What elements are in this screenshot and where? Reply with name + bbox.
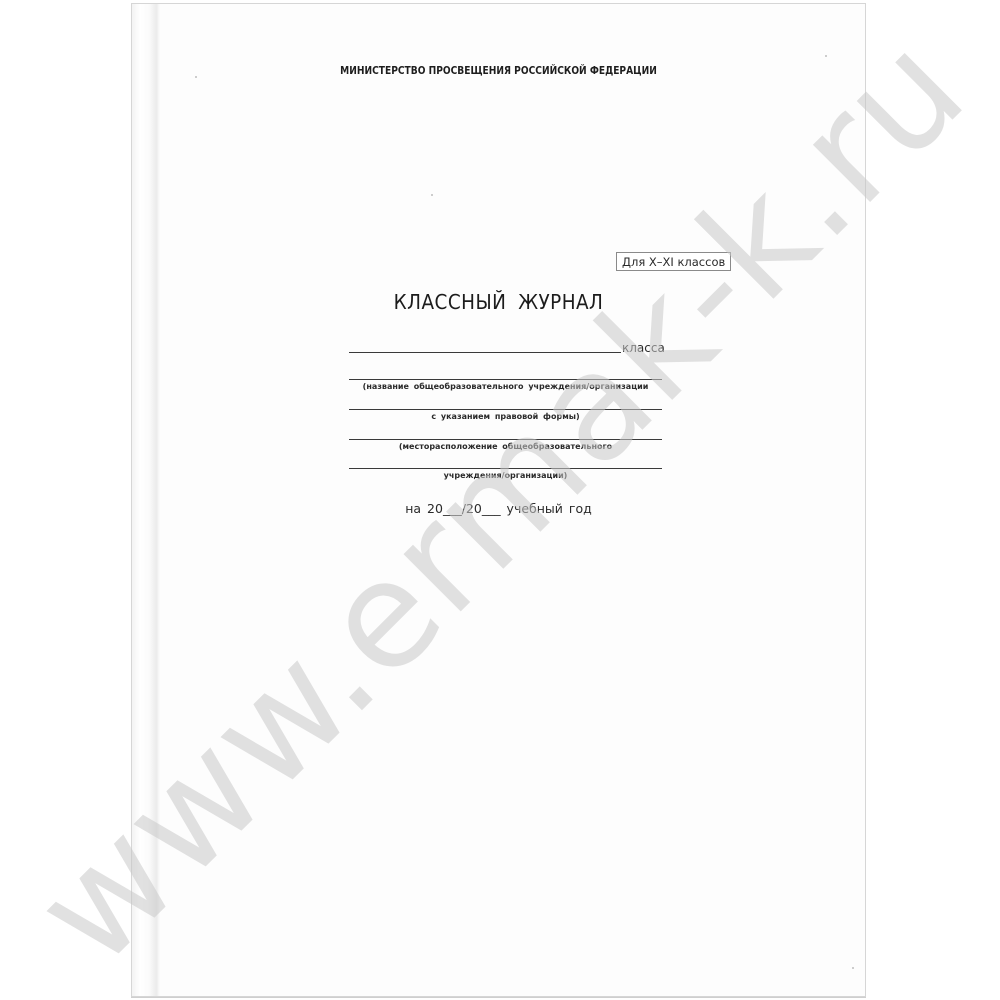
dust-speck <box>852 967 854 969</box>
school-year-line: на 20___/20___ учебный год <box>132 501 865 516</box>
caption-institution-org: учреждения/организации) <box>349 471 662 480</box>
dust-speck <box>825 55 827 57</box>
caption-institution-name: (название общеобразовательного учреждени… <box>349 382 662 391</box>
dust-speck <box>195 76 197 78</box>
class-label: класса <box>622 341 665 355</box>
caption-legal-form: с указанием правовой формы) <box>349 412 662 421</box>
caption-location: (месторасположение общеобразовательного <box>349 442 662 451</box>
institution-line-1 <box>349 379 662 380</box>
journal-title: КЛАССНЫЙ ЖУРНАЛ <box>161 290 835 314</box>
journal-cover: МИНИСТЕРСТВО ПРОСВЕЩЕНИЯ РОССИЙСКОЙ ФЕДЕ… <box>131 3 866 997</box>
cover-spine <box>132 4 157 996</box>
ministry-header: МИНИСТЕРСТВО ПРОСВЕЩЕНИЯ РОССИЙСКОЙ ФЕДЕ… <box>161 64 835 77</box>
location-line-1 <box>349 439 662 440</box>
spine-groove <box>156 4 160 996</box>
class-name-line <box>349 352 621 353</box>
product-photo: МИНИСТЕРСТВО ПРОСВЕЩЕНИЯ РОССИЙСКОЙ ФЕДЕ… <box>0 0 1000 1000</box>
institution-line-2 <box>349 409 662 410</box>
grade-badge: Для X–XI классов <box>616 252 731 271</box>
dust-speck <box>431 194 433 196</box>
location-line-2 <box>349 468 662 469</box>
